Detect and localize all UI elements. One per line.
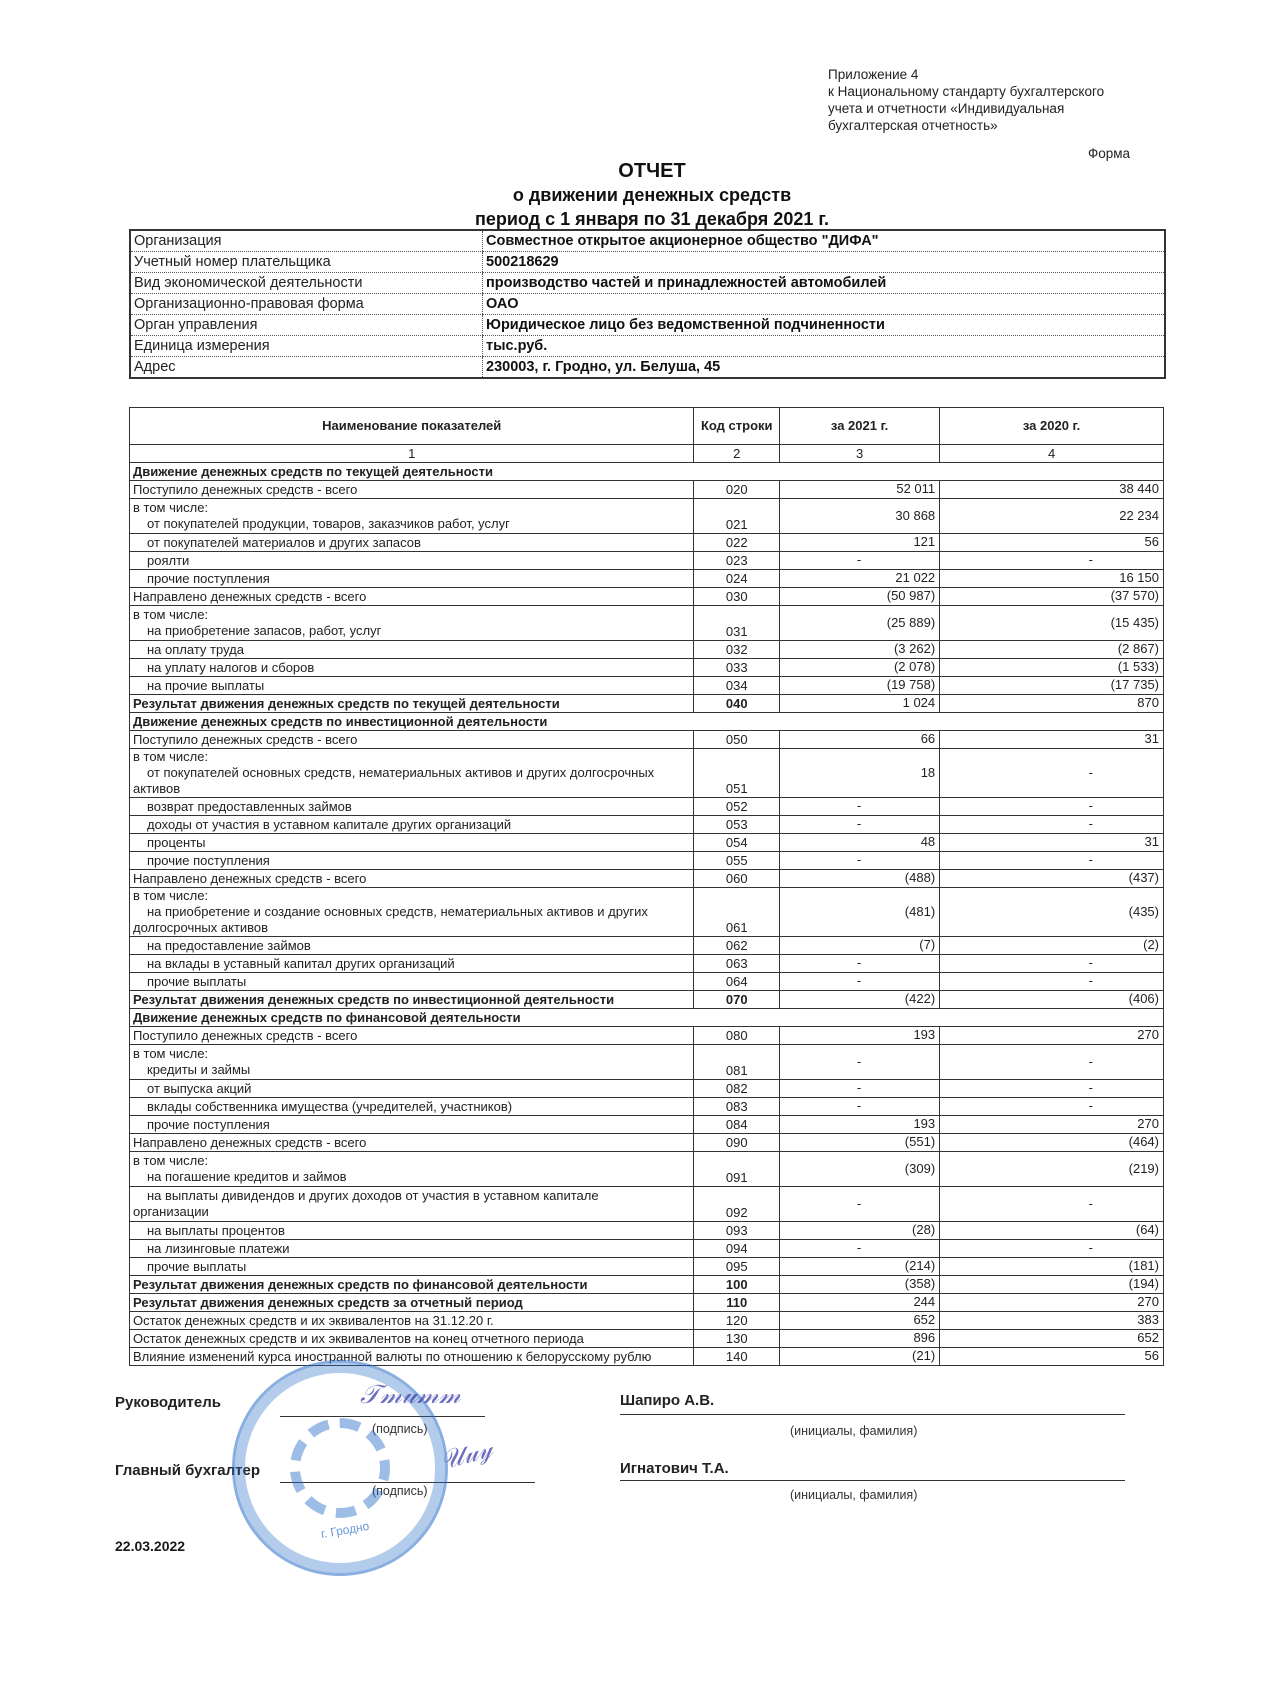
row-code: 081 bbox=[694, 1045, 780, 1080]
value-2020: - bbox=[940, 1187, 1164, 1222]
appendix-line: учета и отчетности «Индивидуальная bbox=[828, 100, 1158, 117]
title-line-3: период с 1 января по 31 декабря 2021 г. bbox=[30, 208, 1274, 230]
table-row: на вклады в уставный капитал других орга… bbox=[130, 955, 1164, 973]
head-name-line bbox=[620, 1414, 1125, 1415]
row-code: 060 bbox=[694, 870, 780, 888]
section-header-row: Движение денежных средств по инвестицион… bbox=[130, 713, 1164, 731]
value-2021: - bbox=[780, 955, 940, 973]
row-name: на оплату труда bbox=[130, 641, 694, 659]
row-name: от выпуска акций bbox=[130, 1080, 694, 1098]
value-2021: (481) bbox=[780, 888, 940, 937]
head-signature-line bbox=[280, 1416, 485, 1417]
row-name: Поступило денежных средств - всего bbox=[130, 1027, 694, 1045]
row-label: от покупателей материалов и других запас… bbox=[133, 535, 690, 551]
value-2021: (214) bbox=[780, 1258, 940, 1276]
table-row: на оплату труда032(3 262)(2 867) bbox=[130, 641, 1164, 659]
chief-accountant-signature-icon: 𝒰𝓊𝓎 bbox=[437, 1434, 496, 1478]
row-name: Результат движения денежных средств по и… bbox=[130, 991, 694, 1009]
info-value: 230003, г. Гродно, ул. Белуша, 45 bbox=[483, 357, 1166, 379]
row-name: прочие выплаты bbox=[130, 973, 694, 991]
value-2020: (64) bbox=[940, 1222, 1164, 1240]
row-name: Остаток денежных средств и их эквивалент… bbox=[130, 1330, 694, 1348]
value-2020: (15 435) bbox=[940, 606, 1164, 641]
row-prefix: в том числе: bbox=[133, 607, 690, 623]
info-label: Организация bbox=[130, 230, 483, 252]
row-label: Результат движения денежных средств по и… bbox=[133, 992, 690, 1008]
header-code: Код строки bbox=[694, 408, 780, 445]
row-code: 100 bbox=[694, 1276, 780, 1294]
table-row: в том числе:от покупателей основных сред… bbox=[130, 749, 1164, 798]
table-row: на лизинговые платежи094-- bbox=[130, 1240, 1164, 1258]
value-2020: (181) bbox=[940, 1258, 1164, 1276]
row-code: 070 bbox=[694, 991, 780, 1009]
row-prefix: в том числе: bbox=[133, 1046, 690, 1062]
value-2021: - bbox=[780, 1240, 940, 1258]
row-code: 055 bbox=[694, 852, 780, 870]
value-2020: 870 bbox=[940, 695, 1164, 713]
table-row: на выплаты процентов093(28)(64) bbox=[130, 1222, 1164, 1240]
info-value: ОАО bbox=[483, 294, 1166, 315]
row-name: прочие выплаты bbox=[130, 1258, 694, 1276]
table-row: Результат движения денежных средств по и… bbox=[130, 991, 1164, 1009]
table-row: на прочие выплаты034(19 758)(17 735) bbox=[130, 677, 1164, 695]
table-row: в том числе:кредиты и займы081-- bbox=[130, 1045, 1164, 1080]
row-code: 095 bbox=[694, 1258, 780, 1276]
row-code: 021 bbox=[694, 499, 780, 534]
info-value: производство частей и принадлежностей ав… bbox=[483, 273, 1166, 294]
info-row: Организационно-правовая формаОАО bbox=[130, 294, 1165, 315]
info-label: Вид экономической деятельности bbox=[130, 273, 483, 294]
table-row: в том числе:от покупателей продукции, то… bbox=[130, 499, 1164, 534]
row-code: 023 bbox=[694, 552, 780, 570]
table-row: прочие поступления055-- bbox=[130, 852, 1164, 870]
row-label: вклады собственника имущества (учредител… bbox=[133, 1099, 690, 1115]
value-2021: - bbox=[780, 816, 940, 834]
row-name: на выплаты процентов bbox=[130, 1222, 694, 1240]
section-header-row: Движение денежных средств по текущей дея… bbox=[130, 463, 1164, 481]
column-index: 2 bbox=[694, 445, 780, 463]
value-2020: 270 bbox=[940, 1294, 1164, 1312]
value-2020: - bbox=[940, 1045, 1164, 1080]
row-label: Поступило денежных средств - всего bbox=[133, 482, 690, 498]
row-label: кредиты и займы bbox=[133, 1062, 690, 1078]
value-2021: (2 078) bbox=[780, 659, 940, 677]
row-code: 092 bbox=[694, 1187, 780, 1222]
row-label: на прочие выплаты bbox=[133, 678, 690, 694]
appendix-line: к Национальному стандарту бухгалтерского bbox=[828, 83, 1158, 100]
row-name: на вклады в уставный капитал других орга… bbox=[130, 955, 694, 973]
info-label: Организационно-правовая форма bbox=[130, 294, 483, 315]
table-row: проценты0544831 bbox=[130, 834, 1164, 852]
row-name: роялти bbox=[130, 552, 694, 570]
row-label-cont: организации bbox=[133, 1204, 690, 1220]
row-code: 033 bbox=[694, 659, 780, 677]
row-name: на выплаты дивидендов и других доходов о… bbox=[130, 1187, 694, 1222]
table-row: роялти023-- bbox=[130, 552, 1164, 570]
value-2021: (28) bbox=[780, 1222, 940, 1240]
value-2021: (309) bbox=[780, 1152, 940, 1187]
stamp-city: г. Гродно bbox=[295, 1514, 396, 1545]
value-2020: - bbox=[940, 552, 1164, 570]
row-code: 090 bbox=[694, 1134, 780, 1152]
row-code: 063 bbox=[694, 955, 780, 973]
row-label: на выплаты дивидендов и других доходов о… bbox=[133, 1188, 690, 1204]
row-code: 083 bbox=[694, 1098, 780, 1116]
info-row: Орган управленияЮридическое лицо без вед… bbox=[130, 315, 1165, 336]
value-2021: - bbox=[780, 973, 940, 991]
value-2021: 652 bbox=[780, 1312, 940, 1330]
value-2021: - bbox=[780, 552, 940, 570]
table-row: в том числе:на приобретение запасов, раб… bbox=[130, 606, 1164, 641]
value-2020: 270 bbox=[940, 1027, 1164, 1045]
value-2020: (406) bbox=[940, 991, 1164, 1009]
row-name: Направлено денежных средств - всего bbox=[130, 1134, 694, 1152]
value-2021: - bbox=[780, 1098, 940, 1116]
row-label-cont: активов bbox=[133, 781, 690, 797]
table-row: Направлено денежных средств - всего090(5… bbox=[130, 1134, 1164, 1152]
row-name: прочие поступления bbox=[130, 852, 694, 870]
cash-flow-table: Наименование показателей Код строки за 2… bbox=[129, 407, 1164, 1366]
value-2021: - bbox=[780, 852, 940, 870]
value-2020: (17 735) bbox=[940, 677, 1164, 695]
value-2020: (219) bbox=[940, 1152, 1164, 1187]
row-label: на уплату налогов и сборов bbox=[133, 660, 690, 676]
value-2020: - bbox=[940, 749, 1164, 798]
value-2020: 383 bbox=[940, 1312, 1164, 1330]
row-code: 022 bbox=[694, 534, 780, 552]
value-2020: 22 234 bbox=[940, 499, 1164, 534]
column-index: 1 bbox=[130, 445, 694, 463]
row-label: Направлено денежных средств - всего bbox=[133, 589, 690, 605]
row-code: 062 bbox=[694, 937, 780, 955]
row-label: Направлено денежных средств - всего bbox=[133, 1135, 690, 1151]
row-name: на предоставление займов bbox=[130, 937, 694, 955]
row-name: доходы от участия в уставном капитале др… bbox=[130, 816, 694, 834]
row-code: 120 bbox=[694, 1312, 780, 1330]
value-2021: 18 bbox=[780, 749, 940, 798]
row-name: Поступило денежных средств - всего bbox=[130, 481, 694, 499]
row-code: 034 bbox=[694, 677, 780, 695]
row-label: прочие поступления bbox=[133, 1117, 690, 1133]
value-2021: (50 987) bbox=[780, 588, 940, 606]
value-2020: - bbox=[940, 1098, 1164, 1116]
row-name: от покупателей материалов и других запас… bbox=[130, 534, 694, 552]
column-index-row: 1 2 3 4 bbox=[130, 445, 1164, 463]
row-label: доходы от участия в уставном капитале др… bbox=[133, 817, 690, 833]
row-code: 053 bbox=[694, 816, 780, 834]
value-2020: - bbox=[940, 816, 1164, 834]
appendix-line: Приложение 4 bbox=[828, 66, 1158, 83]
row-name: Остаток денежных средств и их эквивалент… bbox=[130, 1312, 694, 1330]
row-code: 080 bbox=[694, 1027, 780, 1045]
section-header-row: Движение денежных средств по финансовой … bbox=[130, 1009, 1164, 1027]
row-label: на приобретение и создание основных сред… bbox=[133, 904, 690, 920]
appendix-line: бухгалтерская отчетность» bbox=[828, 117, 1158, 134]
row-prefix: в том числе: bbox=[133, 888, 690, 904]
value-2021: (21) bbox=[780, 1348, 940, 1366]
info-row: Адрес230003, г. Гродно, ул. Белуша, 45 bbox=[130, 357, 1165, 379]
info-label: Единица измерения bbox=[130, 336, 483, 357]
value-2020: (437) bbox=[940, 870, 1164, 888]
value-2021: 1 024 bbox=[780, 695, 940, 713]
row-name: на уплату налогов и сборов bbox=[130, 659, 694, 677]
table-row: прочие поступления084193270 bbox=[130, 1116, 1164, 1134]
chief-accountant-name-note: (инициалы, фамилия) bbox=[790, 1488, 917, 1502]
info-row: Вид экономической деятельностипроизводст… bbox=[130, 273, 1165, 294]
value-2021: (7) bbox=[780, 937, 940, 955]
chief-accountant-signature-line bbox=[280, 1482, 535, 1483]
row-name: возврат предоставленных займов bbox=[130, 798, 694, 816]
row-name: в том числе:от покупателей продукции, то… bbox=[130, 499, 694, 534]
row-label: от выпуска акций bbox=[133, 1081, 690, 1097]
value-2020: 56 bbox=[940, 534, 1164, 552]
title-line-1: ОТЧЕТ bbox=[30, 160, 1274, 182]
table-row: Остаток денежных средств и их эквивалент… bbox=[130, 1330, 1164, 1348]
row-label: Остаток денежных средств и их эквивалент… bbox=[133, 1313, 690, 1329]
row-code: 052 bbox=[694, 798, 780, 816]
report-title: ОТЧЕТ о движении денежных средств период… bbox=[0, 160, 1274, 230]
row-code: 061 bbox=[694, 888, 780, 937]
row-label: Результат движения денежных средств по ф… bbox=[133, 1277, 690, 1293]
row-name: в том числе:на приобретение запасов, раб… bbox=[130, 606, 694, 641]
table-row: Направлено денежных средств - всего030(5… bbox=[130, 588, 1164, 606]
value-2021: 193 bbox=[780, 1027, 940, 1045]
value-2021: - bbox=[780, 1045, 940, 1080]
row-prefix: в том числе: bbox=[133, 1153, 690, 1169]
value-2021: (3 262) bbox=[780, 641, 940, 659]
row-name: на прочие выплаты bbox=[130, 677, 694, 695]
value-2021: - bbox=[780, 1187, 940, 1222]
row-label: Поступило денежных средств - всего bbox=[133, 732, 690, 748]
info-row: Единица измерениятыс.руб. bbox=[130, 336, 1165, 357]
value-2021: - bbox=[780, 1080, 940, 1098]
column-index: 3 bbox=[780, 445, 940, 463]
table-row: Остаток денежных средств и их эквивалент… bbox=[130, 1312, 1164, 1330]
row-name: прочие поступления bbox=[130, 570, 694, 588]
report-date: 22.03.2022 bbox=[115, 1538, 185, 1554]
header-2020: за 2020 г. bbox=[940, 408, 1164, 445]
row-name: в том числе:на приобретение и создание о… bbox=[130, 888, 694, 937]
row-code: 040 bbox=[694, 695, 780, 713]
info-value: тыс.руб. bbox=[483, 336, 1166, 357]
row-label: прочие поступления bbox=[133, 571, 690, 587]
row-label: на предоставление займов bbox=[133, 938, 690, 954]
chief-accountant-label: Главный бухгалтер bbox=[115, 1462, 260, 1479]
info-value: Юридическое лицо без ведомственной подчи… bbox=[483, 315, 1166, 336]
value-2020: - bbox=[940, 798, 1164, 816]
table-row: доходы от участия в уставном капитале др… bbox=[130, 816, 1164, 834]
row-code: 091 bbox=[694, 1152, 780, 1187]
row-label: роялти bbox=[133, 553, 690, 569]
value-2021: 52 011 bbox=[780, 481, 940, 499]
row-code: 140 bbox=[694, 1348, 780, 1366]
value-2020: 38 440 bbox=[940, 481, 1164, 499]
table-row: Поступило денежных средств - всего050663… bbox=[130, 731, 1164, 749]
row-code: 032 bbox=[694, 641, 780, 659]
value-2020: - bbox=[940, 1240, 1164, 1258]
table-row: от выпуска акций082-- bbox=[130, 1080, 1164, 1098]
row-code: 130 bbox=[694, 1330, 780, 1348]
form-label: Форма bbox=[1088, 146, 1130, 161]
value-2021: 193 bbox=[780, 1116, 940, 1134]
value-2020: 16 150 bbox=[940, 570, 1164, 588]
table-row: на уплату налогов и сборов033(2 078)(1 5… bbox=[130, 659, 1164, 677]
value-2020: (2 867) bbox=[940, 641, 1164, 659]
row-label: на приобретение запасов, работ, услуг bbox=[133, 623, 690, 639]
value-2020: 56 bbox=[940, 1348, 1164, 1366]
row-name: в том числе:на погашение кредитов и займ… bbox=[130, 1152, 694, 1187]
value-2020: (194) bbox=[940, 1276, 1164, 1294]
row-name: в том числе:от покупателей основных сред… bbox=[130, 749, 694, 798]
row-name: Поступило денежных средств - всего bbox=[130, 731, 694, 749]
row-name: Влияние изменений курса иностранной валю… bbox=[130, 1348, 694, 1366]
row-name: в том числе:кредиты и займы bbox=[130, 1045, 694, 1080]
info-value: Совместное открытое акционерное общество… bbox=[483, 230, 1166, 252]
row-name: на лизинговые платежи bbox=[130, 1240, 694, 1258]
table-row: в том числе:на приобретение и создание о… bbox=[130, 888, 1164, 937]
info-label: Орган управления bbox=[130, 315, 483, 336]
row-prefix: в том числе: bbox=[133, 749, 690, 765]
table-row: Влияние изменений курса иностранной валю… bbox=[130, 1348, 1164, 1366]
value-2021: 244 bbox=[780, 1294, 940, 1312]
value-2020: - bbox=[940, 973, 1164, 991]
row-code: 093 bbox=[694, 1222, 780, 1240]
row-label: прочие выплаты bbox=[133, 1259, 690, 1275]
row-label: Остаток денежных средств и их эквивалент… bbox=[133, 1331, 690, 1347]
info-row: Учетный номер плательщика500218629 bbox=[130, 252, 1165, 273]
row-name: Результат движения денежных средств за о… bbox=[130, 1294, 694, 1312]
value-2021: - bbox=[780, 798, 940, 816]
value-2021: (488) bbox=[780, 870, 940, 888]
table-row: прочие выплаты064-- bbox=[130, 973, 1164, 991]
row-name: Результат движения денежных средств по т… bbox=[130, 695, 694, 713]
row-name: Результат движения денежных средств по ф… bbox=[130, 1276, 694, 1294]
table-row: вклады собственника имущества (учредител… bbox=[130, 1098, 1164, 1116]
row-label: прочие выплаты bbox=[133, 974, 690, 990]
table-row: на предоставление займов062(7)(2) bbox=[130, 937, 1164, 955]
table-header-row: Наименование показателей Код строки за 2… bbox=[130, 408, 1164, 445]
row-code: 024 bbox=[694, 570, 780, 588]
row-code: 110 bbox=[694, 1294, 780, 1312]
row-name: вклады собственника имущества (учредител… bbox=[130, 1098, 694, 1116]
table-row: прочие выплаты095(214)(181) bbox=[130, 1258, 1164, 1276]
row-name: Направлено денежных средств - всего bbox=[130, 870, 694, 888]
value-2021: 896 bbox=[780, 1330, 940, 1348]
value-2020: (435) bbox=[940, 888, 1164, 937]
value-2021: (25 889) bbox=[780, 606, 940, 641]
table-row: от покупателей материалов и других запас… bbox=[130, 534, 1164, 552]
value-2021: (422) bbox=[780, 991, 940, 1009]
value-2020: (464) bbox=[940, 1134, 1164, 1152]
info-label: Учетный номер плательщика bbox=[130, 252, 483, 273]
row-label: на погашение кредитов и займов bbox=[133, 1169, 690, 1185]
value-2021: 121 bbox=[780, 534, 940, 552]
row-label: Результат движения денежных средств по т… bbox=[133, 696, 690, 712]
column-index: 4 bbox=[940, 445, 1164, 463]
value-2021: 66 bbox=[780, 731, 940, 749]
table-row: Результат движения денежных средств за о… bbox=[130, 1294, 1164, 1312]
value-2020: - bbox=[940, 852, 1164, 870]
row-label: от покупателей продукции, товаров, заказ… bbox=[133, 516, 690, 532]
table-row: Результат движения денежных средств по т… bbox=[130, 695, 1164, 713]
value-2020: (1 533) bbox=[940, 659, 1164, 677]
info-label: Адрес bbox=[130, 357, 483, 379]
value-2021: 21 022 bbox=[780, 570, 940, 588]
chief-accountant-name: Игнатович Т.А. bbox=[620, 1460, 729, 1477]
value-2020: - bbox=[940, 955, 1164, 973]
value-2020: 270 bbox=[940, 1116, 1164, 1134]
section-title: Движение денежных средств по инвестицион… bbox=[130, 713, 1164, 731]
table-row: прочие поступления02421 02216 150 bbox=[130, 570, 1164, 588]
value-2021: (358) bbox=[780, 1276, 940, 1294]
organization-info-table: ОрганизацияСовместное открытое акционерн… bbox=[129, 229, 1166, 379]
info-value: 500218629 bbox=[483, 252, 1166, 273]
table-row: Поступило денежных средств - всего080193… bbox=[130, 1027, 1164, 1045]
row-label: от покупателей основных средств, нематер… bbox=[133, 765, 690, 781]
row-name: проценты bbox=[130, 834, 694, 852]
header-name: Наименование показателей bbox=[130, 408, 694, 445]
value-2021: 48 bbox=[780, 834, 940, 852]
row-name: прочие поступления bbox=[130, 1116, 694, 1134]
head-label: Руководитель bbox=[115, 1394, 221, 1411]
value-2020: 31 bbox=[940, 731, 1164, 749]
head-name: Шапиро А.В. bbox=[620, 1392, 714, 1409]
head-signature-icon: 𝒯𝓂𝓊𝓂𝓂 bbox=[360, 1380, 461, 1411]
chief-accountant-signature-note: (подпись) bbox=[372, 1484, 428, 1498]
value-2021: (551) bbox=[780, 1134, 940, 1152]
row-code: 050 bbox=[694, 731, 780, 749]
value-2021: (19 758) bbox=[780, 677, 940, 695]
row-code: 082 bbox=[694, 1080, 780, 1098]
row-code: 054 bbox=[694, 834, 780, 852]
row-label-cont: долгосрочных активов bbox=[133, 920, 690, 936]
value-2020: (37 570) bbox=[940, 588, 1164, 606]
row-code: 020 bbox=[694, 481, 780, 499]
table-row: Результат движения денежных средств по ф… bbox=[130, 1276, 1164, 1294]
value-2020: 652 bbox=[940, 1330, 1164, 1348]
value-2020: (2) bbox=[940, 937, 1164, 955]
row-prefix: в том числе: bbox=[133, 500, 690, 516]
row-label: на выплаты процентов bbox=[133, 1223, 690, 1239]
title-line-2: о движении денежных средств bbox=[30, 184, 1274, 206]
row-label: Поступило денежных средств - всего bbox=[133, 1028, 690, 1044]
row-code: 064 bbox=[694, 973, 780, 991]
value-2021: 30 868 bbox=[780, 499, 940, 534]
row-code: 031 bbox=[694, 606, 780, 641]
appendix-note: Приложение 4 к Национальному стандарту б… bbox=[828, 66, 1158, 134]
table-row: Направлено денежных средств - всего060(4… bbox=[130, 870, 1164, 888]
row-label: прочие поступления bbox=[133, 853, 690, 869]
value-2020: - bbox=[940, 1080, 1164, 1098]
row-label: на вклады в уставный капитал других орга… bbox=[133, 956, 690, 972]
company-stamp: г. Гродно bbox=[232, 1360, 448, 1576]
chief-accountant-name-line bbox=[620, 1480, 1125, 1481]
section-title: Движение денежных средств по финансовой … bbox=[130, 1009, 1164, 1027]
value-2020: 31 bbox=[940, 834, 1164, 852]
row-label: Направлено денежных средств - всего bbox=[133, 871, 690, 887]
table-row: возврат предоставленных займов052-- bbox=[130, 798, 1164, 816]
row-code: 094 bbox=[694, 1240, 780, 1258]
row-label: Влияние изменений курса иностранной валю… bbox=[133, 1349, 690, 1365]
row-label: проценты bbox=[133, 835, 690, 851]
row-code: 084 bbox=[694, 1116, 780, 1134]
head-signature-note: (подпись) bbox=[372, 1422, 428, 1436]
table-row: в том числе:на погашение кредитов и займ… bbox=[130, 1152, 1164, 1187]
header-2021: за 2021 г. bbox=[780, 408, 940, 445]
row-label: Результат движения денежных средств за о… bbox=[133, 1295, 690, 1311]
row-label: на оплату труда bbox=[133, 642, 690, 658]
table-row: Поступило денежных средств - всего02052 … bbox=[130, 481, 1164, 499]
